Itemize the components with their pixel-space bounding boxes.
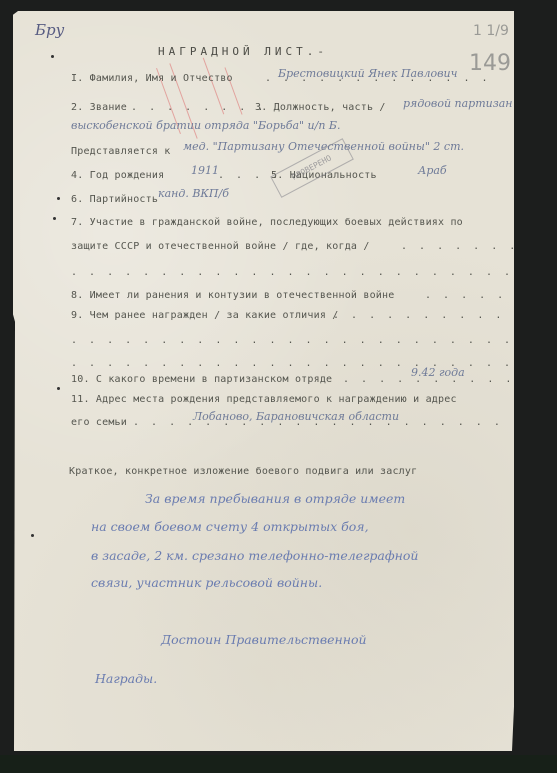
corner-note: Бру	[35, 21, 64, 39]
dot-leader: . . . . . . . . . . . . . . . . . . . . …	[71, 267, 557, 278]
field-label-recommended: Представляется к	[71, 146, 171, 157]
dot-leader: . . . . . . . . . . . . . . . . . . . . …	[71, 358, 557, 369]
field-label-position: 3. Должность, часть /	[255, 102, 386, 113]
field-label-family: его семьи	[71, 417, 127, 428]
field-value-nationality: Араб	[418, 164, 447, 177]
field-label-address: 11. Адрес места рождения представляемого…	[71, 394, 457, 405]
ink-speck	[57, 197, 60, 200]
field-label-war-participation-cont: защите СССР и отечественной войне / где,…	[71, 241, 370, 252]
page-number-small: 1 1/9	[473, 23, 509, 39]
ink-speck	[51, 55, 54, 58]
field-value-partisan-since: 9.42 года	[411, 366, 465, 379]
summary-line: в засаде, 2 км. срезано телефонно-телегр…	[91, 548, 418, 563]
field-value-birth-year: 1911	[191, 164, 219, 177]
field-value-family-address: Лобаново, Барановичская области	[193, 410, 399, 423]
field-value-party: канд. ВКП/б	[158, 187, 229, 200]
summary-line: на своем боевом счету 4 открытых боя,	[91, 519, 369, 534]
recommendation-line: Достоин Правительственной	[161, 632, 367, 647]
field-label-party: 6. Партийность	[71, 194, 158, 205]
field-label-partisan-since: 10. С какого времени в партизанском отря…	[71, 374, 332, 385]
dot-leader: . . . . . . . . . . . . . . .	[333, 310, 557, 321]
ink-speck	[57, 387, 60, 390]
field-label-war-participation: 7. Участие в гражданской войне, последую…	[71, 217, 463, 228]
field-label-name: I. Фамилия, Имя и Отчество	[71, 73, 233, 84]
ink-speck	[31, 534, 34, 537]
summary-line: За время пребывания в отряде имеет	[145, 491, 405, 506]
ink-speck	[53, 217, 56, 220]
summary-line: связи, участник рельсовой войны.	[91, 575, 322, 590]
summary-heading: Краткое, конкретное изложение боевого по…	[69, 466, 417, 477]
field-value-unit: выскобенской братии отряда "Борьба" и/п …	[71, 119, 341, 132]
dot-leader: . . . . . . . .	[401, 241, 536, 252]
recommendation-line: Награды.	[95, 671, 157, 686]
dot-leader: . . . . . . .	[425, 290, 542, 301]
field-label-birth-year: 4. Год рождения	[71, 170, 164, 181]
dot-leader: . . . . . . . . . . . . . . . . . . . . …	[71, 335, 557, 346]
award-sheet-page: Бру 1 1/9 149 НАГРАДНОЙ ЛИСТ.- I. Фамили…	[13, 11, 514, 751]
field-label-wounds: 8. Имеет ли ранения и контузии в отечест…	[71, 290, 394, 301]
document-title: НАГРАДНОЙ ЛИСТ.-	[158, 45, 328, 58]
field-value-position: рядовой партизан	[403, 97, 513, 110]
field-value-name: Брестовицкий Янек Павлович	[278, 67, 457, 80]
field-label-previous-awards: 9. Чем ранее награжден / за какие отличи…	[71, 310, 338, 321]
scanner-frame	[0, 755, 557, 773]
